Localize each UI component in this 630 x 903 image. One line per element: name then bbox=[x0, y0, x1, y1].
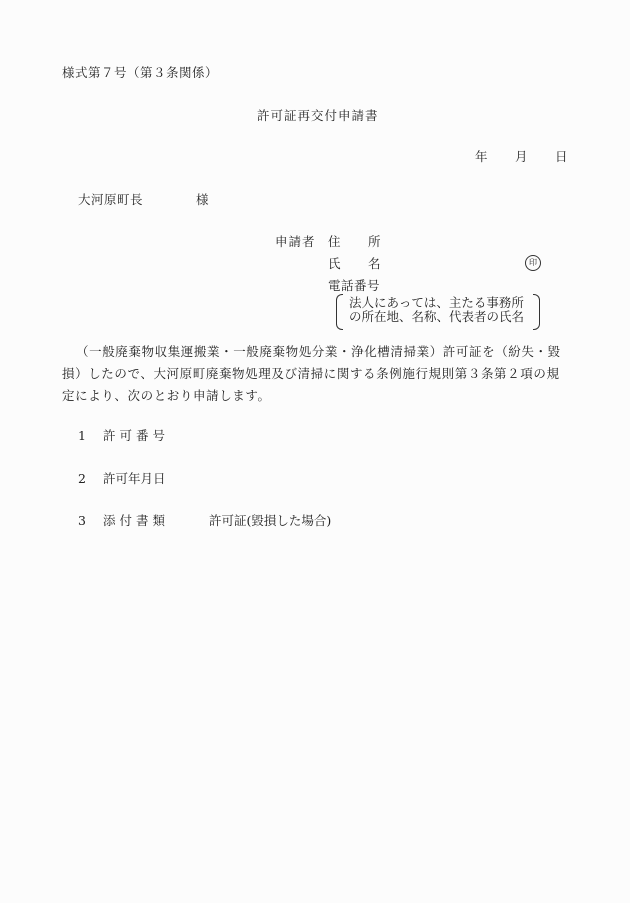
right-bracket-icon bbox=[533, 294, 540, 330]
date-day-label: 日 bbox=[555, 151, 568, 164]
phone-label: 電話番号 bbox=[328, 280, 380, 293]
date-month-label: 月 bbox=[515, 151, 528, 164]
body-line-2: 損）したので、大河原町廃棄物処理及び清掃に関する条例施行規則第３条第２項の規 bbox=[62, 363, 580, 385]
body-line-1: （一般廃棄物収集運搬業・一般廃棄物処分業・浄化槽清掃業）許可証を（紛失・毀 bbox=[62, 341, 580, 363]
address-label-char-1: 住 bbox=[328, 236, 341, 249]
body-paragraph: （一般廃棄物収集運搬業・一般廃棄物処分業・浄化槽清掃業）許可証を（紛失・毀 損）… bbox=[62, 341, 580, 407]
item-label: 添付書類 bbox=[103, 515, 169, 528]
left-bracket-icon bbox=[336, 294, 343, 330]
item-label: 許可番号 bbox=[103, 430, 169, 443]
document-title: 許可証再交付申請書 bbox=[257, 110, 379, 123]
item-value: 許可証(毀損した場合) bbox=[209, 515, 331, 528]
date-year-label: 年 bbox=[475, 151, 488, 164]
seal-icon: 印 bbox=[525, 255, 541, 271]
corporate-note-text: 法人にあっては、主たる事務所 の所在地、名称、代表者の氏名 bbox=[349, 296, 539, 324]
addressee-name: 大河原町長 bbox=[78, 194, 143, 207]
corporate-note: 法人にあっては、主たる事務所 の所在地、名称、代表者の氏名 bbox=[336, 294, 540, 328]
form-number: 様式第７号（第３条関係） bbox=[62, 67, 218, 80]
body-line-3: 定により、次のとおり申請します。 bbox=[62, 385, 580, 407]
note-line-1: 法人にあっては、主たる事務所 bbox=[349, 296, 539, 310]
item-label: 許可年月日 bbox=[103, 473, 166, 486]
name-label-char-2: 名 bbox=[368, 258, 381, 271]
item-number: 2 bbox=[78, 473, 86, 486]
address-label-char-2: 所 bbox=[368, 236, 381, 249]
addressee-honorific: 様 bbox=[196, 194, 209, 207]
note-line-2: の所在地、名称、代表者の氏名 bbox=[349, 310, 539, 324]
applicant-label: 申請者 bbox=[275, 236, 316, 249]
item-number: 3 bbox=[78, 515, 86, 528]
name-label-char-1: 氏 bbox=[328, 258, 341, 271]
item-number: 1 bbox=[78, 430, 86, 443]
